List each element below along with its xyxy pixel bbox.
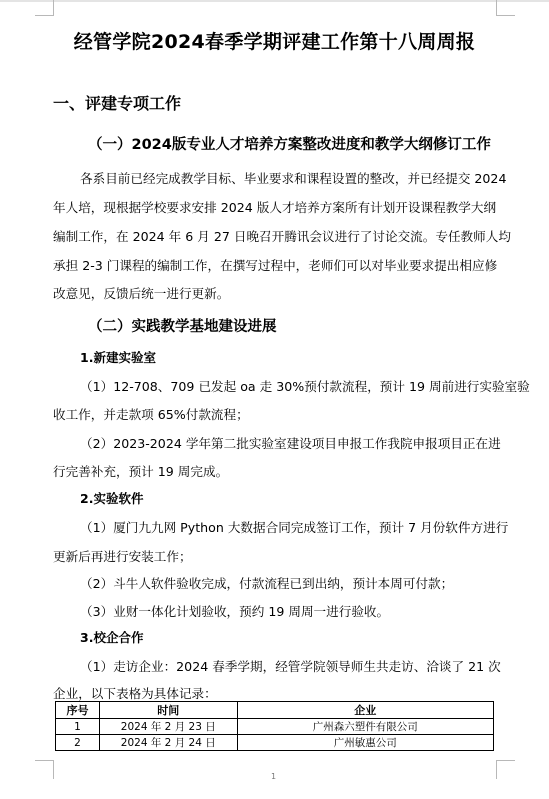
- header-index: 序号: [56, 702, 100, 719]
- item-heading-school-enterprise: 3.校企合作: [80, 628, 143, 646]
- paragraph-line: 承担 2-3 门课程的编制工作，在撰写过程中，老师们可以对毕业要求提出相应修: [53, 255, 496, 274]
- paragraph-line: 年人培，现根据学校要求安排 2024 版人才培养方案所有计划开设课程教学大纲: [53, 197, 496, 216]
- document-title: 经管学院2024春季学期评建工作第十八周周报: [0, 27, 549, 54]
- cell-date: 2024 年 2 月 24 日: [99, 735, 237, 751]
- paragraph-line: 编制工作，在 2024 年 6 月 27 日晚召开腾讯会议进行了讨论交流。专任教…: [53, 226, 496, 245]
- table-row: 1 2024 年 2 月 23 日 广州森六塑件有限公司: [56, 719, 494, 735]
- paragraph-line: （1）厦门九九网 Python 大数据合同完成签订工作，预计 7 月份软件方进行: [80, 517, 496, 536]
- corner-mark-top-right-v: [496, 0, 497, 16]
- paragraph-line: （1）走访企业：2024 春季学期，经管学院领导师生共走访、洽谈了 21 次: [80, 656, 496, 675]
- corner-mark-top-left-v: [53, 0, 54, 16]
- header-date: 时间: [99, 702, 237, 719]
- header-enterprise: 企业: [237, 702, 493, 719]
- corner-mark-bottom-left-h: [35, 760, 53, 761]
- page-number: 1: [271, 772, 276, 781]
- paragraph-line: 改意见，反馈后统一进行更新。: [53, 283, 496, 302]
- cell-index: 2: [56, 735, 100, 751]
- item-heading-lab-software: 2.实验软件: [80, 489, 143, 507]
- enterprise-visit-table: 序号 时间 企业 1 2024 年 2 月 23 日 广州森六塑件有限公司 2 …: [55, 701, 494, 751]
- paragraph-line: 行完善补充，预计 19 周完成。: [53, 461, 496, 480]
- paragraph-line: （3）业财一体化计划验收，预约 19 周周一进行验收。: [80, 601, 496, 620]
- paragraph-line: （1）12-708、709 已发起 oa 走 30%预付款流程，预计 19 周前…: [80, 376, 496, 395]
- paragraph-line: 各系目前已经完成教学目标、毕业要求和课程设置的整改，并已经提交 2024: [80, 168, 496, 187]
- cell-date: 2024 年 2 月 23 日: [99, 719, 237, 735]
- paragraph-line: 收工作，并走款项 65%付款流程；: [53, 404, 496, 423]
- paragraph-line: 更新后再进行安装工作；: [53, 546, 496, 565]
- paragraph-line: 企业，以下表格为具体记录：: [53, 683, 496, 702]
- corner-mark-bottom-right-v: [496, 760, 497, 779]
- table-header-row: 序号 时间 企业: [56, 702, 494, 719]
- cell-enterprise: 广州敏惠公司: [237, 735, 493, 751]
- item-heading-new-lab: 1.新建实验室: [80, 348, 156, 366]
- table-row: 2 2024 年 2 月 24 日 广州敏惠公司: [56, 735, 494, 751]
- corner-mark-top-right-h: [496, 15, 515, 16]
- subsection-heading-practice-base: （二）实践教学基地建设进展: [88, 315, 277, 336]
- paragraph-line: （2）斗牛人软件验收完成，付款流程已到出纳，预计本周可付款；: [80, 573, 496, 592]
- viewer-top-edge: [0, 0, 549, 2]
- paragraph-line: （2）2023-2024 学年第二批实验室建设项目申报工作我院申报项目正在进: [80, 433, 496, 452]
- cell-enterprise: 广州森六塑件有限公司: [237, 719, 493, 735]
- corner-mark-bottom-left-v: [53, 760, 54, 779]
- corner-mark-bottom-right-h: [496, 760, 515, 761]
- subsection-heading-training-plan: （一）2024版专业人才培养方案整改进度和教学大纲修订工作: [88, 133, 491, 154]
- section-heading-evaluation: 一、评建专项工作: [53, 91, 181, 114]
- cell-index: 1: [56, 719, 100, 735]
- corner-mark-top-left-h: [35, 15, 53, 16]
